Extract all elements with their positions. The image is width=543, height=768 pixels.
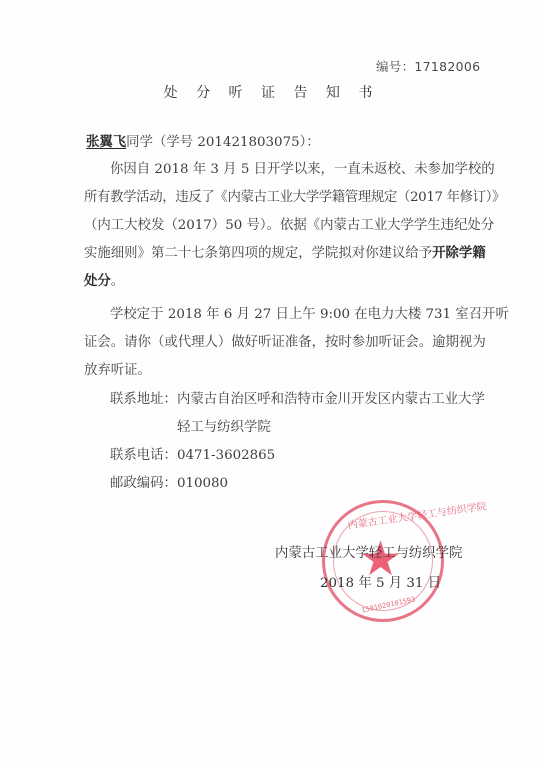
address-line1: 联系地址：内蒙古自治区呼和浩特市金川开发区内蒙古工业大学 xyxy=(110,388,485,407)
para1-line4: 实施细则》第二十七条第四项的规定，学院拟对你建议给予开除学籍 xyxy=(84,242,486,261)
postcode-label: 邮政编码： xyxy=(110,476,177,491)
document-page: 编号：17182006 处 分 听 证 告 知 书 张翼飞同学（学号 20142… xyxy=(0,0,543,768)
document-title: 处 分 听 证 告 知 书 xyxy=(0,82,543,102)
penalty-emphasis-cont: 处分 xyxy=(84,274,111,289)
student-name: 张翼飞 xyxy=(86,134,126,150)
para1-line5-suffix: 。 xyxy=(111,274,124,289)
para1-line1: 你因自 2018 年 3 月 5 日开学以来，一直未返校、未参加学校的 xyxy=(110,158,495,177)
para1-line4-text: 实施细则》第二十七条第四项的规定，学院拟对你建议给予 xyxy=(84,246,432,261)
para1-line2: 所有教学活动，违反了《内蒙古工业大学学籍管理规定（2017 年修订）》 xyxy=(84,186,505,205)
postcode-line: 邮政编码：010080 xyxy=(110,472,228,491)
para1-line3: （内工大校发（2017）50 号）。依据《内蒙古工业大学学生违纪处分 xyxy=(84,214,494,233)
document-number: 编号：17182006 xyxy=(376,57,480,75)
phone-value: 0471-3602865 xyxy=(177,448,275,463)
para2-line1: 学校定于 2018 年 6 月 27 日上午 9:00 在电力大楼 731 室召… xyxy=(110,303,509,322)
para2-line2: 证会。请你（或代理人）做好听证准备，按时参加听证会。逾期视为 xyxy=(84,331,486,350)
para1-line5: 处分。 xyxy=(84,270,124,289)
address-line2: 轻工与纺织学院 xyxy=(177,416,271,435)
address-label: 联系地址： xyxy=(110,392,177,407)
address-value: 内蒙古自治区呼和浩特市金川开发区内蒙古工业大学 xyxy=(177,392,485,407)
phone-line: 联系电话：0471-3602865 xyxy=(110,444,275,463)
para2-line3: 放弃听证。 xyxy=(84,359,151,378)
salutation-suffix: 同学（学号 201421803075）： xyxy=(126,135,320,150)
signature-org: 内蒙古工业大学轻工与纺织学院 xyxy=(275,542,462,561)
official-seal: 内蒙古工业大学轻工与纺织学院 ★ 1501020101593 xyxy=(322,500,444,622)
penalty-emphasis: 开除学籍 xyxy=(432,246,486,261)
signature-date: 2018 年 5 月 31 日 xyxy=(320,572,441,591)
postcode-value: 010080 xyxy=(177,476,228,491)
salutation: 张翼飞同学（学号 201421803075）： xyxy=(86,131,320,150)
phone-label: 联系电话： xyxy=(110,448,177,463)
